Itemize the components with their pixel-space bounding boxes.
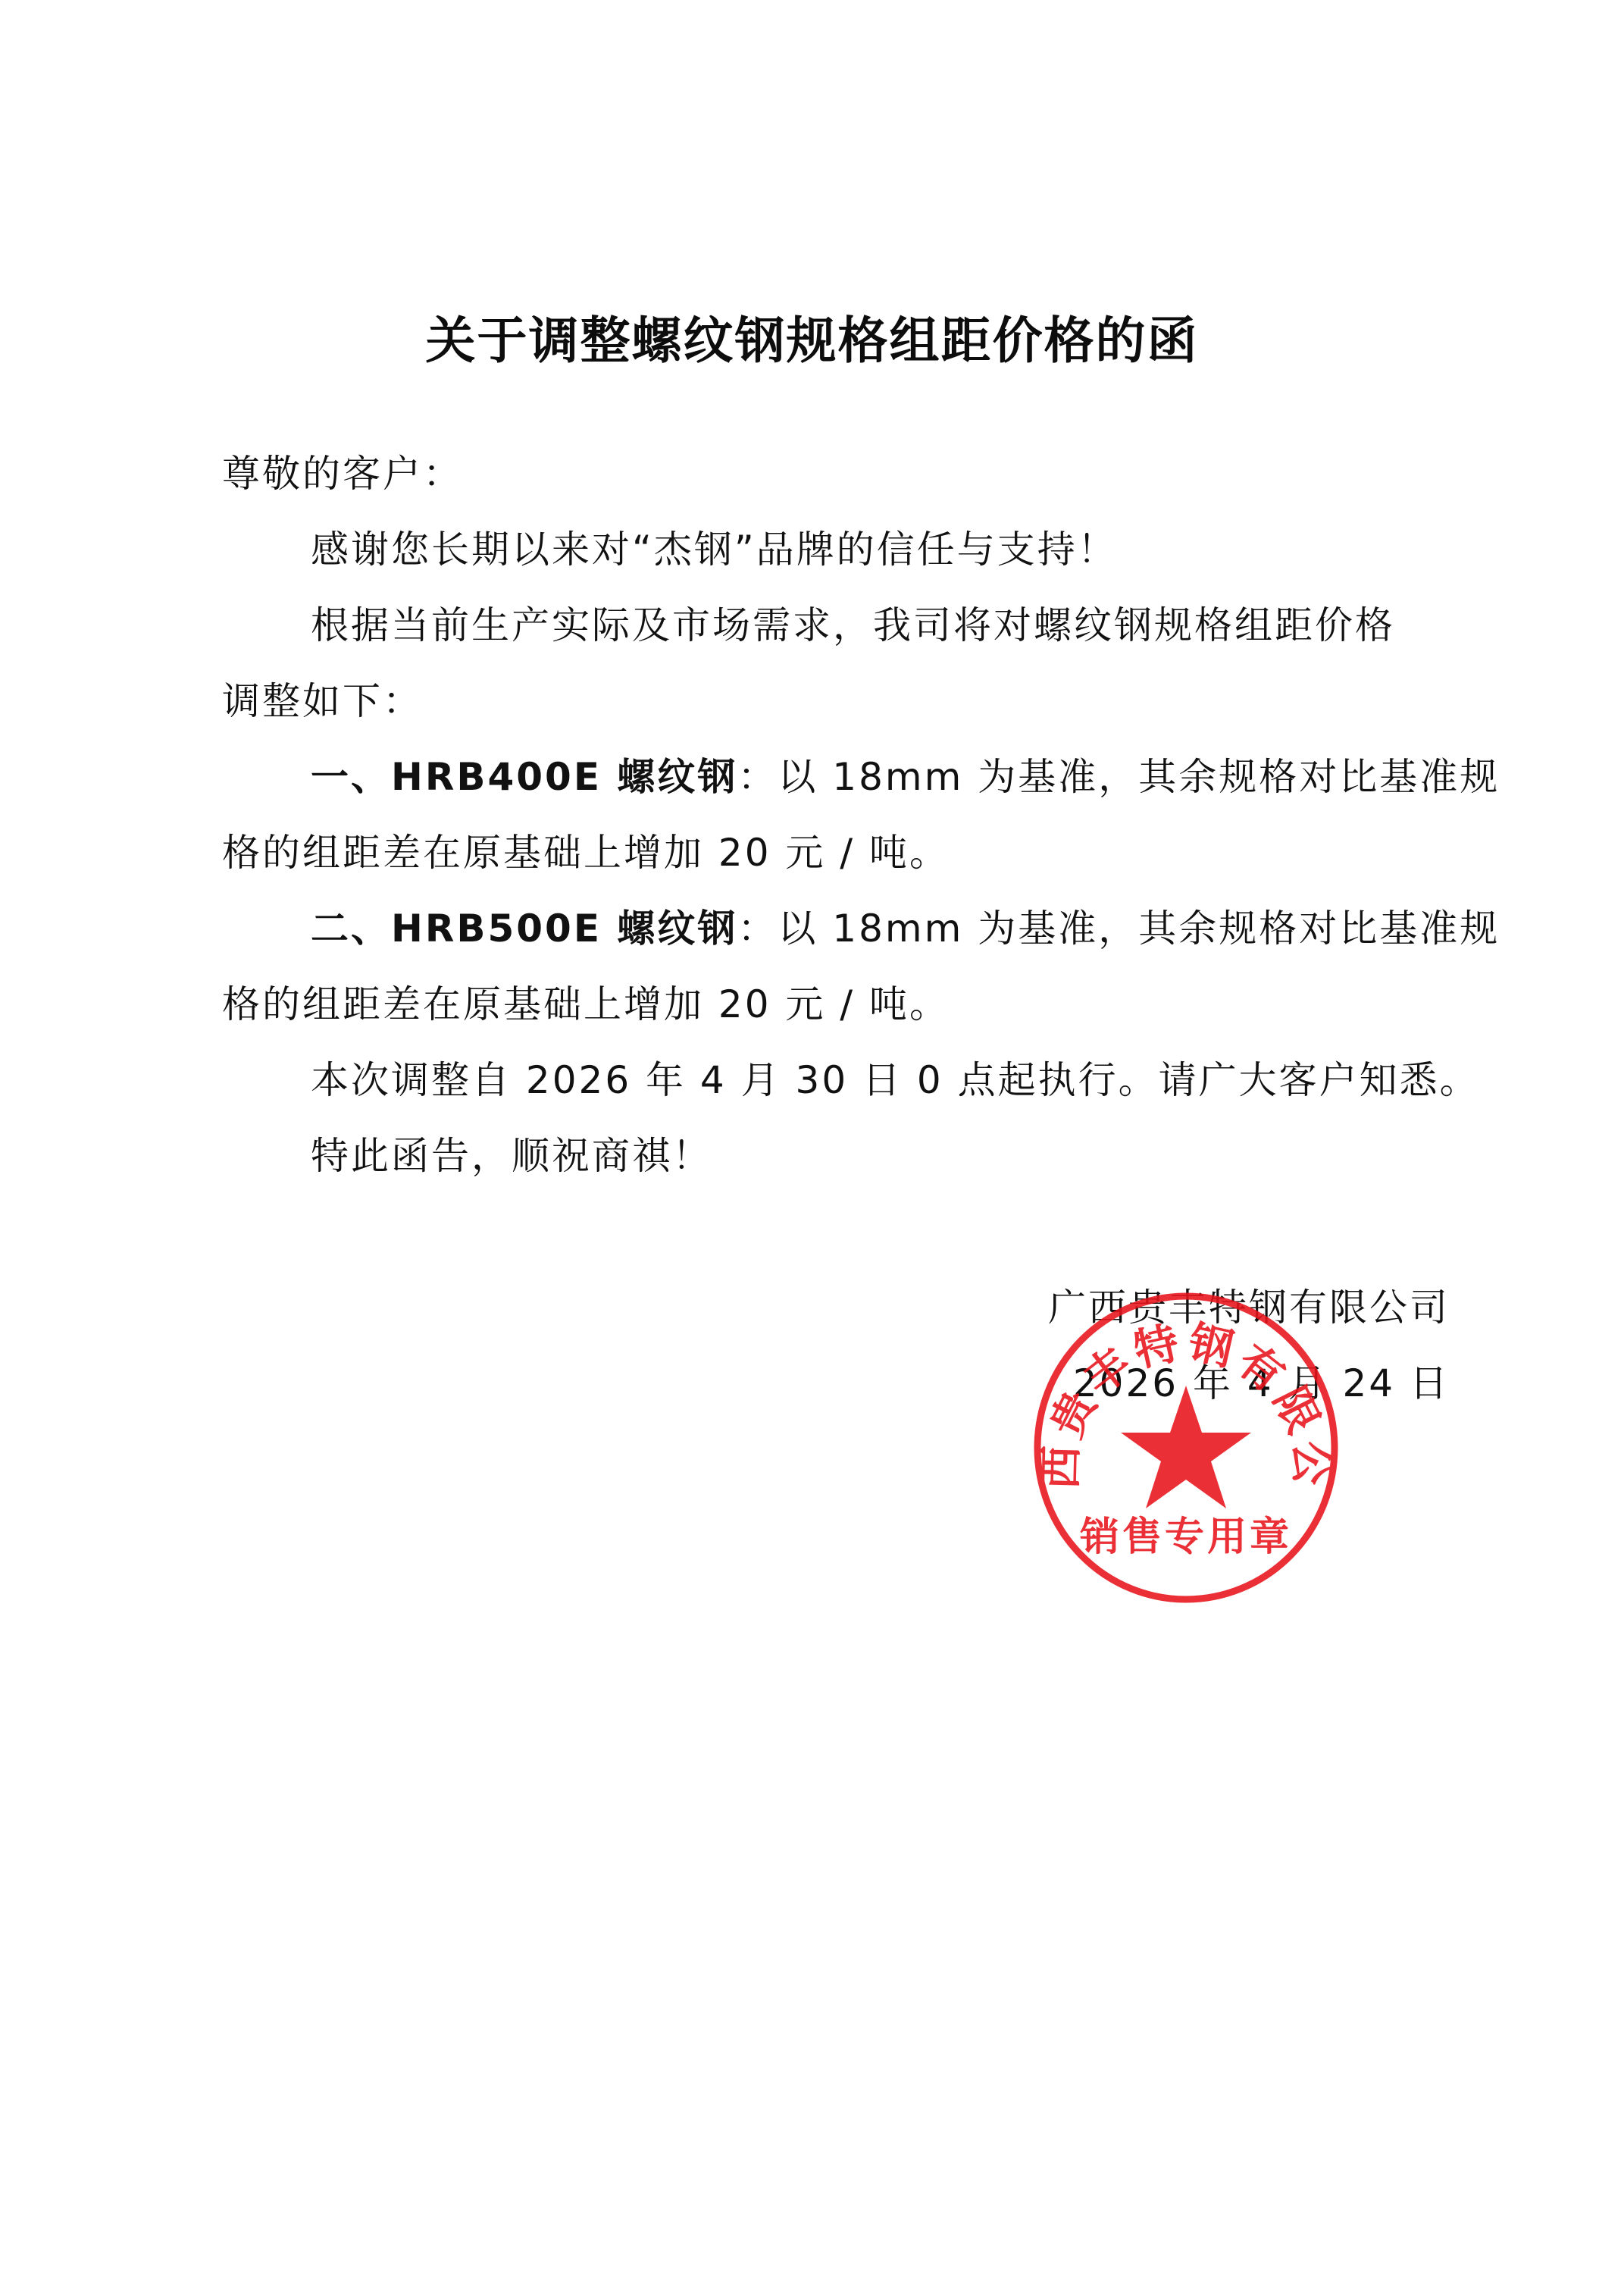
item-hrb500e-line1: 二、HRB500E 螺纹钢：以 18mm 为基准，其余规格对比基准规 xyxy=(311,902,1500,955)
paragraph-intro-line2: 调整如下： xyxy=(222,675,423,728)
paragraph-closing: 特此函告，顺祝商祺！ xyxy=(311,1129,712,1182)
item-hrb400e-label: 一、HRB400E 螺纹钢 xyxy=(311,755,737,799)
star-icon xyxy=(1121,1386,1251,1508)
paragraph-thanks: 感谢您长期以来对“杰钢”品牌的信任与支持！ xyxy=(311,523,1118,576)
document-title: 关于调整螺纹钢规格组距价格的函 xyxy=(0,307,1624,375)
document-page: 关于调整螺纹钢规格组距价格的函 尊敬的客户： 感谢您长期以来对“杰钢”品牌的信任… xyxy=(0,0,1624,2274)
item-hrb500e-text: ：以 18mm 为基准，其余规格对比基准规 xyxy=(737,907,1500,951)
paragraph-intro-line1: 根据当前生产实际及市场需求，我司将对螺纹钢规格组距价格 xyxy=(311,599,1395,652)
item-hrb400e-line1: 一、HRB400E 螺纹钢：以 18mm 为基准，其余规格对比基准规 xyxy=(311,750,1500,803)
item-hrb500e-label: 二、HRB500E 螺纹钢 xyxy=(311,907,737,951)
paragraph-effective-date: 本次调整自 2026 年 4 月 30 日 0 点起执行。请广大客户知悉。 xyxy=(311,1054,1480,1107)
company-seal: 广西贵丰特钢有限公司 销售专用章 xyxy=(1027,1289,1345,1607)
seal-inner-text: 销售专用章 xyxy=(1080,1514,1292,1560)
salutation: 尊敬的客户： xyxy=(222,447,463,500)
item-hrb500e-line2: 格的组距差在原基础上增加 20 元 / 吨。 xyxy=(222,978,950,1031)
item-hrb400e-line2: 格的组距差在原基础上增加 20 元 / 吨。 xyxy=(222,826,950,879)
item-hrb400e-text: ：以 18mm 为基准，其余规格对比基准规 xyxy=(737,755,1500,799)
